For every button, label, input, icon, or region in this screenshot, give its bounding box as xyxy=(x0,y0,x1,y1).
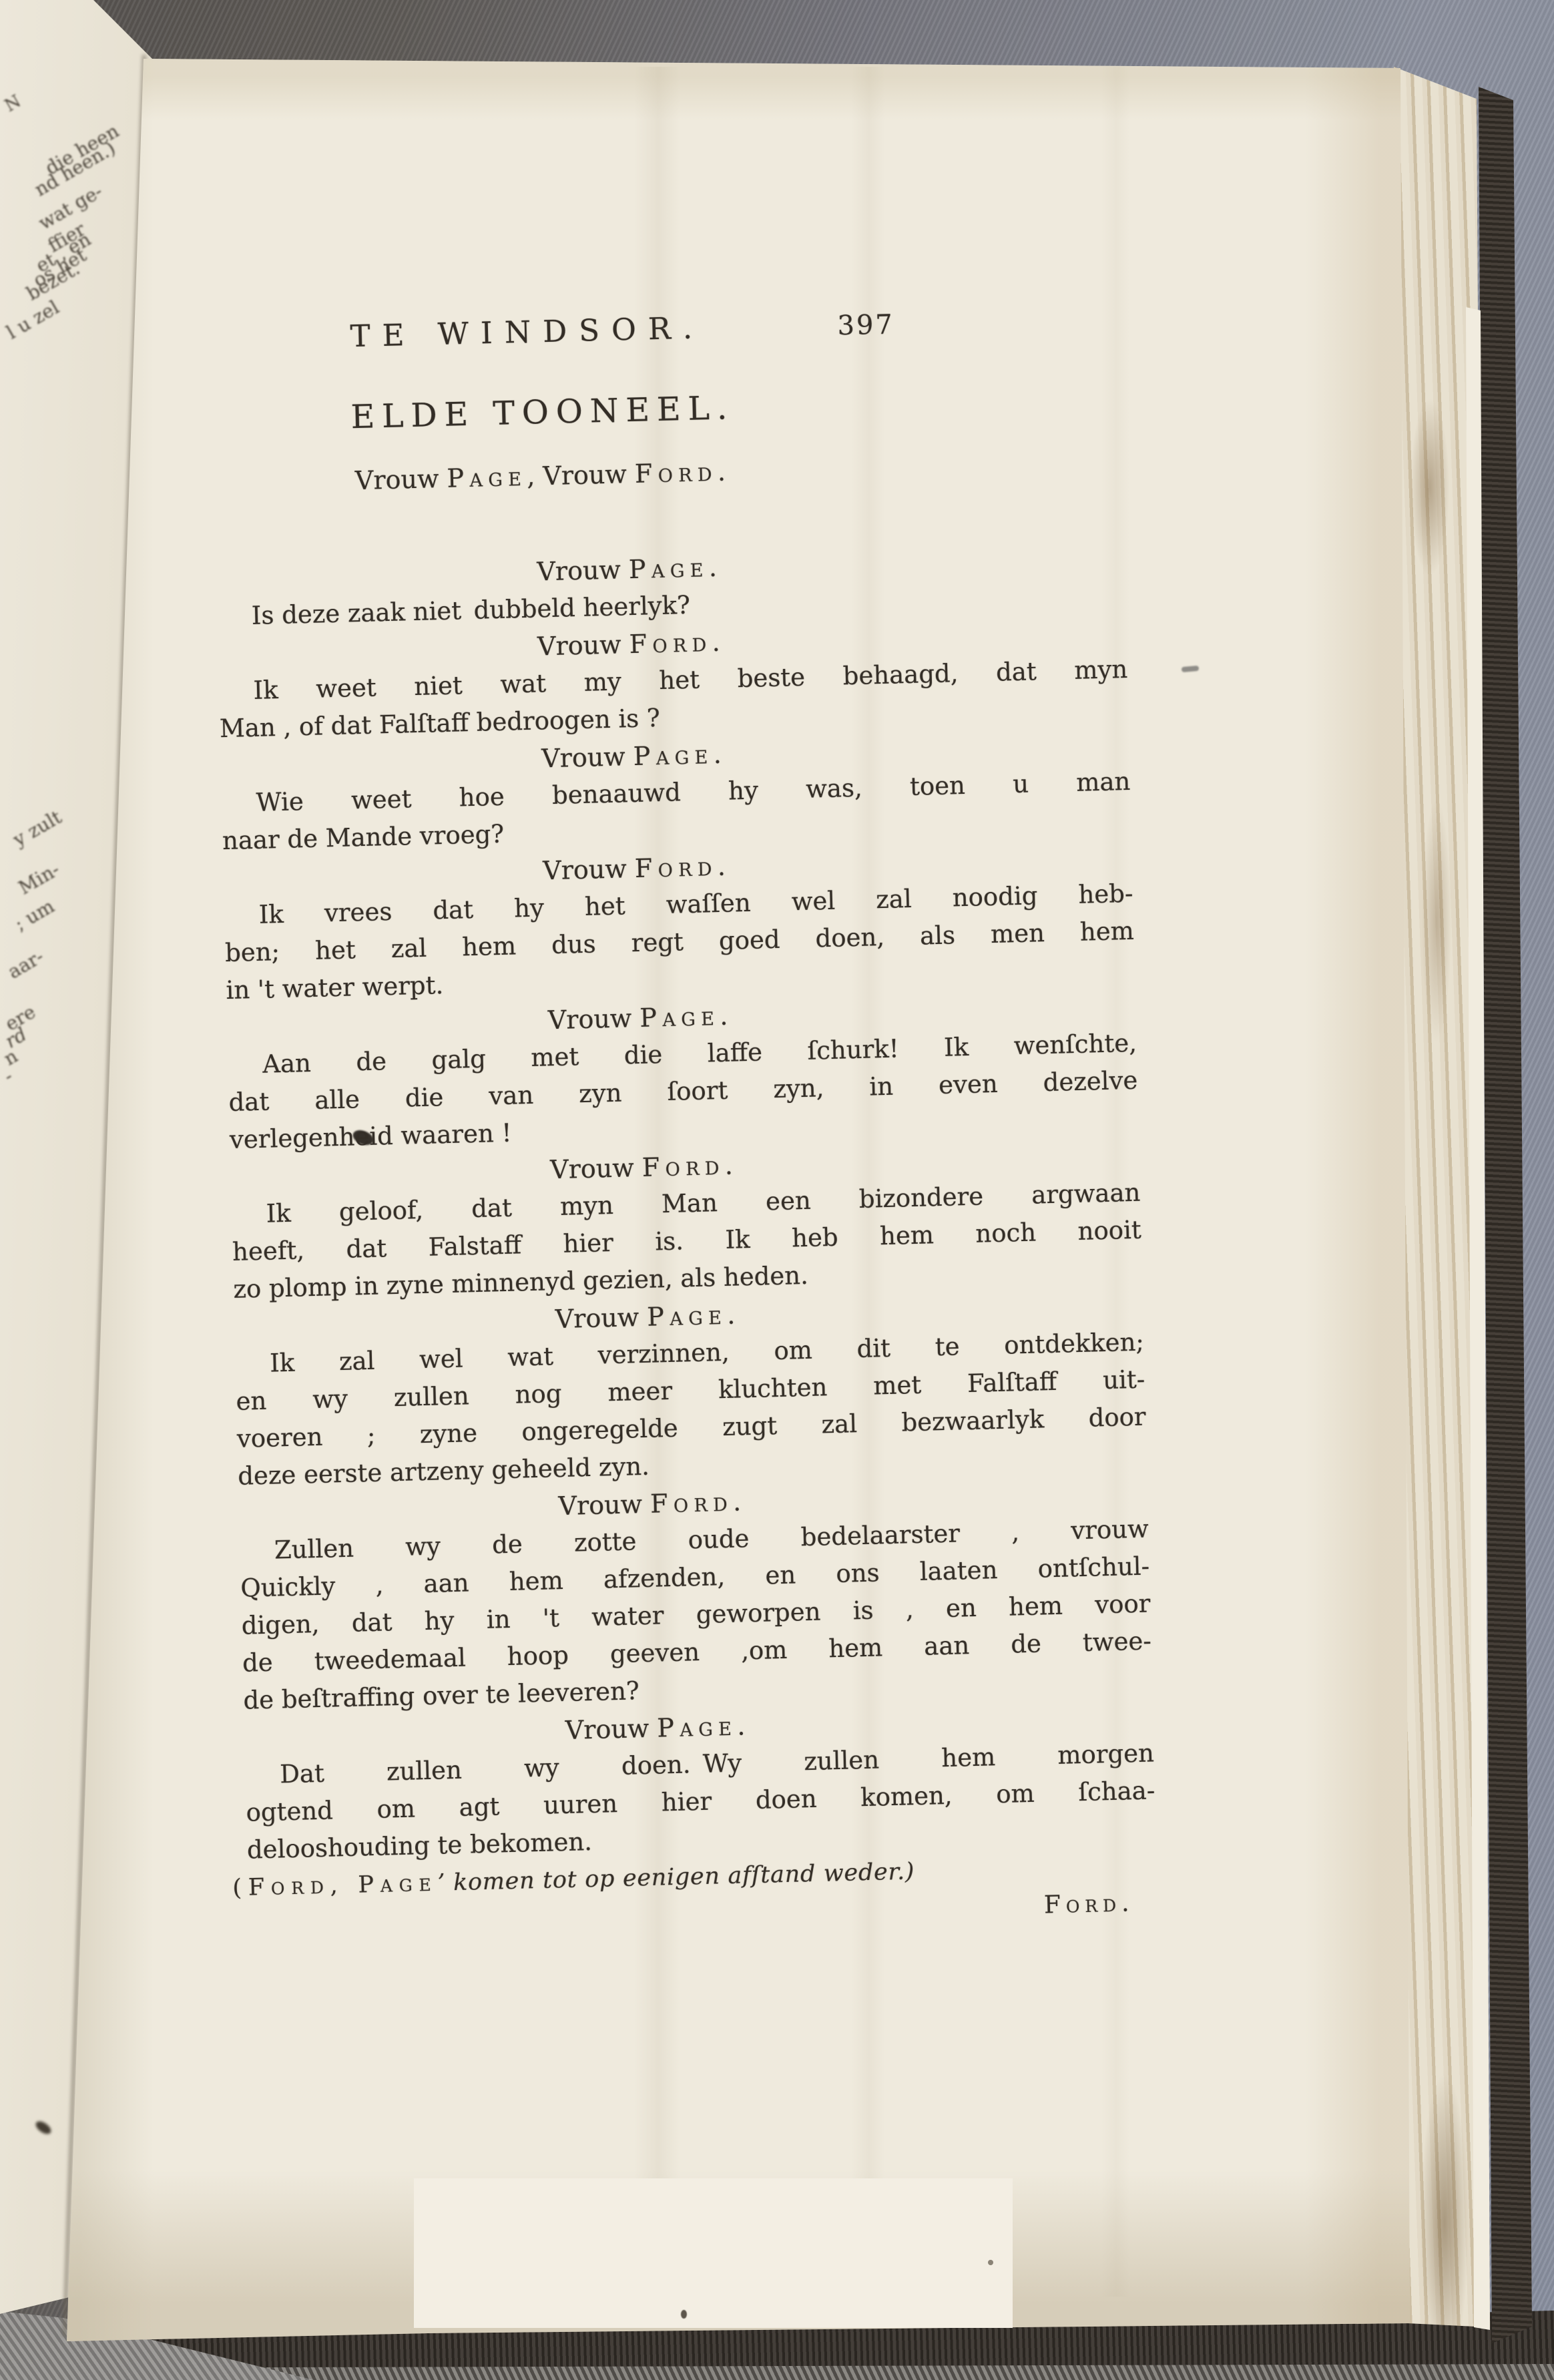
speaker-prefix: Vrouw xyxy=(543,854,635,885)
speaker-prefix: Vrouw xyxy=(541,742,634,773)
left-page-text-fragment: Min- xyxy=(15,858,63,899)
speaker-name: Page. xyxy=(647,1300,741,1331)
scene-heading: ELDE TOONEEL. xyxy=(350,379,1117,437)
left-page-text-fragment: - xyxy=(0,1065,17,1087)
speaker-prefix: Vrouw xyxy=(537,555,629,586)
left-page-text-fragment: ; um xyxy=(11,895,58,935)
speaker-prefix: Vrouw xyxy=(558,1489,651,1521)
character-name: Page xyxy=(447,462,527,493)
speaker-prefix: Vrouw xyxy=(565,1714,658,1745)
characters-line: Vrouw Page, Vrouw Ford. xyxy=(354,445,1118,497)
character-name: Ford. xyxy=(634,457,731,489)
page-header: TE WINDSOR. 397 xyxy=(180,300,1115,371)
ink-speck xyxy=(681,2310,687,2319)
speaker-name: Ford. xyxy=(650,1487,747,1519)
running-header: TE WINDSOR. xyxy=(350,310,705,354)
speaker-name: Ford. xyxy=(629,628,726,660)
characters-text: , Vrouw xyxy=(527,459,635,491)
speaker-name: Ford. xyxy=(634,852,731,884)
speaker-prefix: Vrouw xyxy=(550,1153,643,1184)
characters-text: Vrouw xyxy=(354,464,447,495)
speaker-name: Page. xyxy=(628,553,722,584)
speaker-name: Page. xyxy=(639,1001,734,1033)
left-page-text-fragment: y zult xyxy=(9,806,65,851)
speaker-prefix: Vrouw xyxy=(547,1003,640,1035)
speaker-prefix: Vrouw xyxy=(537,630,630,661)
left-page-text-fragment: N xyxy=(1,91,25,116)
speaker-prefix: Vrouw xyxy=(555,1302,647,1334)
light-patch-overlay xyxy=(414,2178,1013,2328)
ink-speck xyxy=(988,2260,993,2265)
stage-direction-names: (Ford, Page xyxy=(232,1870,438,1901)
speaker-name: Page. xyxy=(657,1711,751,1742)
stage-direction-text: ’ komen tot op eenigen afſtand weder.) xyxy=(437,1858,915,1896)
speaker-name: Page. xyxy=(633,740,727,771)
speaker-name: Ford. xyxy=(641,1150,738,1182)
printed-text-block: TE WINDSOR. 397 ELDE TOONEEL. Vrouw Page… xyxy=(179,282,1154,1987)
left-page-text-fragment: aar- xyxy=(4,945,47,983)
page-number: 397 xyxy=(837,309,894,341)
photo-of-book-page: { "photo": { "colors": { "paper": "#efea… xyxy=(0,0,1554,2380)
dialogue: Vrouw Page. Is deze zaak niet dubbeld he… xyxy=(186,539,1153,1945)
